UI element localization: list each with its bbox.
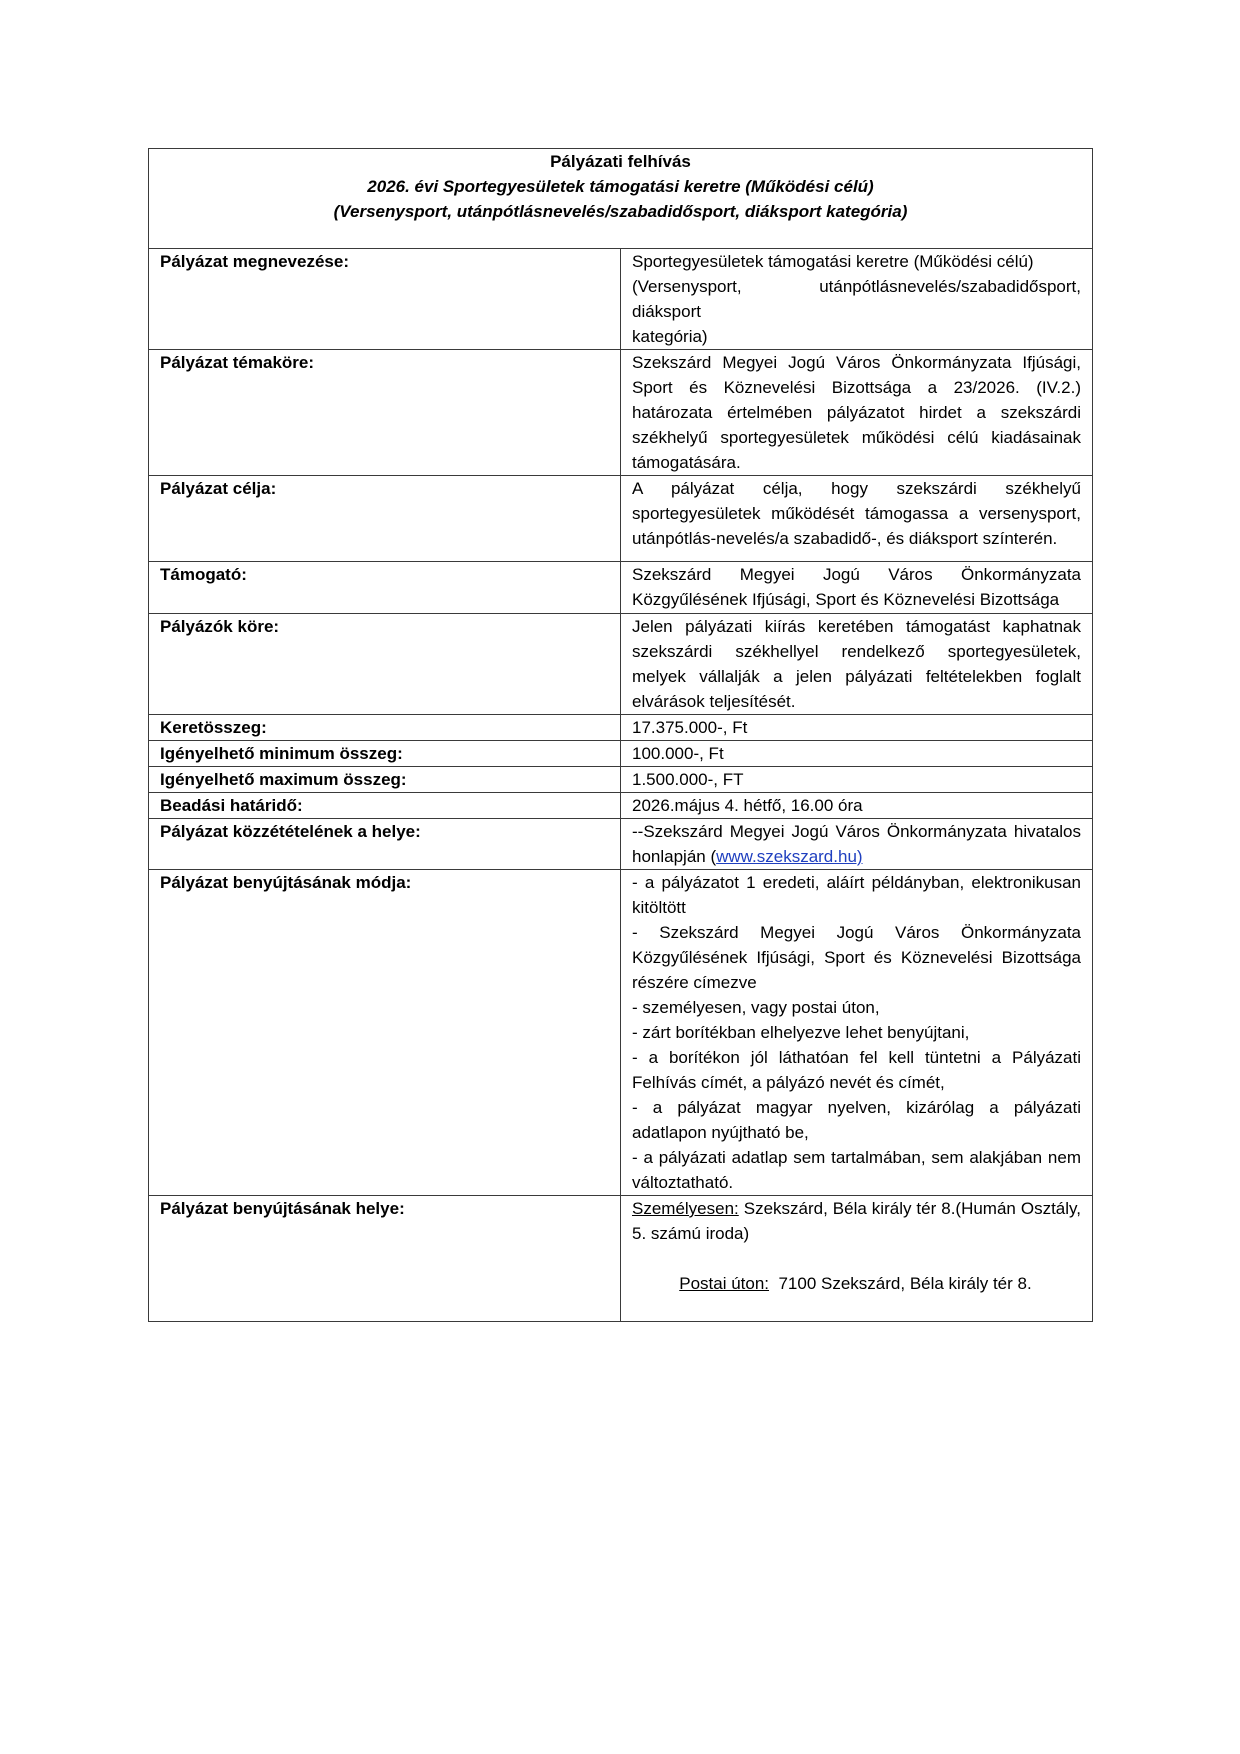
submission-item: - a pályázat magyar nyelven, kizárólag a… [632, 1095, 1081, 1145]
table-row: Pályázat megnevezése: Sportegyesületek t… [149, 249, 1093, 350]
table-row: Pályázat benyújtásának helye: Személyese… [149, 1196, 1093, 1322]
row-value-name: Sportegyesületek támogatási keretre (Műk… [621, 249, 1093, 350]
row-label-deadline: Beadási határidő: [149, 793, 621, 819]
row-value-goal: A pályázat célja, hogy szekszárdi székhe… [621, 476, 1093, 562]
submission-item: - a borítékon jól láthatóan fel kell tün… [632, 1045, 1081, 1095]
row-label-budget: Keretösszeg: [149, 715, 621, 741]
header-cell: Pályázati felhívás 2026. évi Sportegyesü… [149, 149, 1093, 249]
document-subtitle-2: (Versenysport, utánpótlásnevelés/szabadi… [160, 199, 1081, 224]
table-row: Pályázat közzétételének a helye: --Szeks… [149, 819, 1093, 870]
in-person-label: Személyesen: [632, 1199, 739, 1218]
row-value-max-amount: 1.500.000-, FT [621, 767, 1093, 793]
row-value-min-amount: 100.000-, Ft [621, 741, 1093, 767]
row-value-budget: 17.375.000-, Ft [621, 715, 1093, 741]
table-row: Beadási határidő: 2026.május 4. hétfő, 1… [149, 793, 1093, 819]
table-row: Pályázók köre: Jelen pályázati kiírás ke… [149, 614, 1093, 715]
name-line-3: kategória) [632, 324, 1081, 349]
document-subtitle-1: 2026. évi Sportegyesületek támogatási ke… [160, 174, 1081, 199]
call-for-proposals-table: Pályázati felhívás 2026. évi Sportegyesü… [148, 148, 1093, 1322]
table-row: Igényelhető maximum összeg: 1.500.000-, … [149, 767, 1093, 793]
row-value-submission-method: - a pályázatot 1 eredeti, aláírt példány… [621, 870, 1093, 1196]
row-value-applicants: Jelen pályázati kiírás keretében támogat… [621, 614, 1093, 715]
row-label-applicants: Pályázók köre: [149, 614, 621, 715]
postal-address: 7100 Szekszárd, Béla király tér 8. [769, 1274, 1032, 1293]
row-value-deadline: 2026.május 4. hétfő, 16.00 óra [621, 793, 1093, 819]
row-label-topic: Pályázat témaköre: [149, 350, 621, 476]
name-line-1: Sportegyesületek támogatási keretre (Műk… [632, 249, 1081, 274]
row-label-submission-place: Pályázat benyújtásának helye: [149, 1196, 621, 1322]
row-label-publication: Pályázat közzétételének a helye: [149, 819, 621, 870]
name-line-2: (Versenysport, utánpótlásnevelés/szabadi… [632, 274, 1081, 324]
table-row: Pályázat célja: A pályázat célja, hogy s… [149, 476, 1093, 562]
document-page: Pályázati felhívás 2026. évi Sportegyesü… [0, 0, 1240, 1754]
row-value-publication: --Szekszárd Megyei Jogú Város Önkormányz… [621, 819, 1093, 870]
postal-label: Postai úton: [679, 1274, 769, 1293]
row-label-submission-method: Pályázat benyújtásának módja: [149, 870, 621, 1196]
submission-item: - személyesen, vagy postai úton, [632, 995, 1081, 1020]
row-label-name: Pályázat megnevezése: [149, 249, 621, 350]
row-label-sponsor: Támogató: [149, 562, 621, 614]
row-value-submission-place: Személyesen: Szekszárd, Béla király tér … [621, 1196, 1093, 1322]
website-link[interactable]: www.szekszard.hu) [716, 847, 862, 866]
table-row: Pályázat benyújtásának módja: - a pályáz… [149, 870, 1093, 1196]
submission-item: - zárt borítékban elhelyezve lehet benyú… [632, 1020, 1081, 1045]
row-label-max-amount: Igényelhető maximum összeg: [149, 767, 621, 793]
table-row: Támogató: Szekszárd Megyei Jogú Város Ön… [149, 562, 1093, 614]
submission-item: - Szekszárd Megyei Jogú Város Önkormányz… [632, 920, 1081, 995]
header-row: Pályázati felhívás 2026. évi Sportegyesü… [149, 149, 1093, 249]
row-label-goal: Pályázat célja: [149, 476, 621, 562]
row-value-topic: Szekszárd Megyei Jogú Város Önkormányzat… [621, 350, 1093, 476]
table-row: Igényelhető minimum összeg: 100.000-, Ft [149, 741, 1093, 767]
row-value-sponsor: Szekszárd Megyei Jogú Város Önkormányzat… [621, 562, 1093, 614]
table-row: Keretösszeg: 17.375.000-, Ft [149, 715, 1093, 741]
submission-item: - a pályázatot 1 eredeti, aláírt példány… [632, 870, 1081, 920]
row-label-min-amount: Igényelhető minimum összeg: [149, 741, 621, 767]
table-row: Pályázat témaköre: Szekszárd Megyei Jogú… [149, 350, 1093, 476]
submission-item: - a pályázati adatlap sem tartalmában, s… [632, 1145, 1081, 1195]
document-title: Pályázati felhívás [160, 149, 1081, 174]
